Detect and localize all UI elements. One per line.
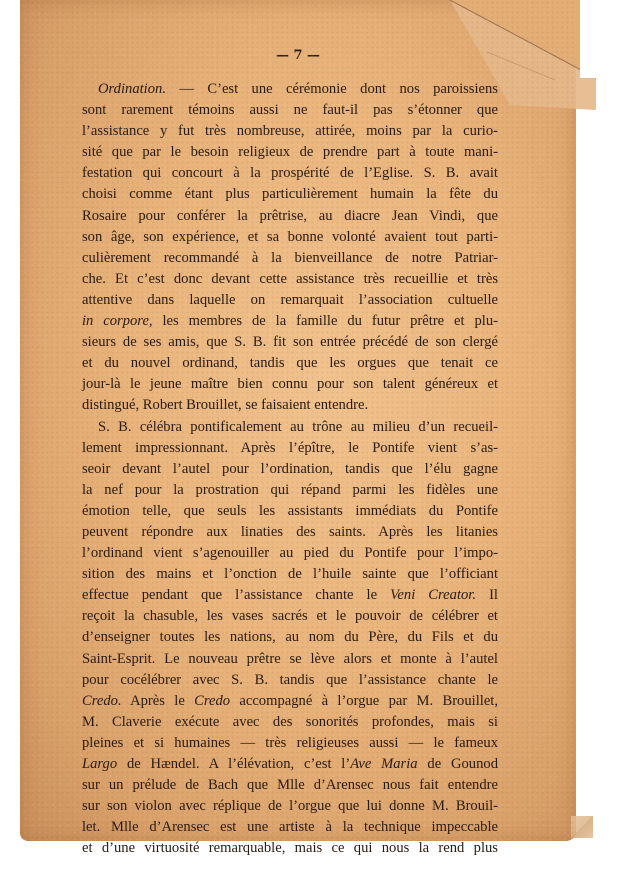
text-line: effectue pendant que l’assistance chante…: [82, 585, 498, 606]
text-segment: Après le: [122, 693, 195, 709]
text-segment: les membres de la famille du futur prêtr…: [153, 313, 498, 329]
text-line: attentive dans laquelle on remarquait l’…: [82, 290, 498, 311]
text-segment: émotion telle, que seuls les assistants …: [82, 503, 498, 519]
text-segment: son âge, son expérience, et sa bonne vol…: [82, 229, 498, 245]
text-segment: peuvent répondre aux linaties des saints…: [82, 524, 498, 540]
text-segment: lement impressionnant. Après l’épître, l…: [82, 440, 498, 456]
text-segment: accompagné à l’orgue par M. Brouillet,: [230, 693, 498, 709]
text-segment: choisi comme étant plus particulièrement…: [82, 186, 498, 202]
text-segment: et d’une virtuosité remarquable, mais ce…: [82, 840, 498, 856]
body-text: Ordination. — C’est une cérémonie dont n…: [82, 79, 498, 859]
text-line: peuvent répondre aux linaties des saints…: [82, 522, 498, 543]
text-line: pour cocélébrer avec S. B. tandis que l’…: [82, 670, 498, 691]
text-line: Ordination. — C’est une cérémonie dont n…: [82, 79, 498, 100]
text-segment: l’ordinand vient s’agenouiller au pied d…: [82, 545, 498, 561]
text-segment: seoir devant l’autel pour l’ordination, …: [82, 461, 498, 477]
text-segment: et du nouvel ordinand, tandis que les or…: [82, 355, 498, 371]
text-line: et du nouvel ordinand, tandis que les or…: [82, 353, 498, 374]
text-line: émotion telle, que seuls les assistants …: [82, 501, 498, 522]
text-segment: che. Et c’est donc devant cette assistan…: [82, 271, 498, 287]
italic-text: Credo: [194, 693, 230, 709]
text-segment: — C’est une cérémonie dont nos paroissie…: [166, 81, 498, 97]
text-line: Largo de Hændel. A l’élévation, c’est l’…: [82, 754, 498, 775]
text-line: sition des mains et l’onction de l’huile…: [82, 564, 498, 585]
text-segment: attentive dans laquelle on remarquait l’…: [82, 292, 498, 308]
text-line: d’enseigner toutes les nations, au nom d…: [82, 627, 498, 648]
text-segment: let. Mlle d’Arensec est une artiste à la…: [82, 819, 498, 835]
text-segment: Il: [476, 587, 498, 603]
text-segment: jour-là le jeune maître bien connu pour …: [82, 376, 498, 392]
text-segment: pleines et si humaines — très religieuse…: [82, 735, 498, 751]
text-line: S. B. célébra pontificalement au trône a…: [82, 417, 498, 438]
text-segment: la nef pour la prostration qui répand pa…: [82, 482, 498, 498]
text-line: la nef pour la prostration qui répand pa…: [82, 480, 498, 501]
text-segment: sont rarement témoins aussi ne faut-il p…: [82, 102, 498, 118]
text-segment: de Hændel. A l’élévation, c’est l’: [117, 756, 350, 772]
paragraph: Ordination. — C’est une cérémonie dont n…: [82, 79, 498, 417]
text-line: sur un prélude de Bach que Mlle d’Arense…: [82, 775, 498, 796]
text-segment: reçoit la chasuble, les vases sacrés et …: [82, 608, 498, 624]
text-segment: sieurs de ses amis, que S. B. fit son en…: [82, 334, 498, 350]
text-line: lement impressionnant. Après l’épître, l…: [82, 438, 498, 459]
page-corner-gap: [580, 0, 596, 78]
text-segment: sur un prélude de Bach que Mlle d’Arense…: [82, 777, 498, 793]
text-line: festation qui concourt à la prospérité d…: [82, 163, 498, 184]
text-line: Credo. Après le Credo accompagné à l’org…: [82, 691, 498, 712]
text-line: et d’une virtuosité remarquable, mais ce…: [82, 838, 498, 859]
text-segment: de Gounod: [418, 756, 498, 772]
text-line: sur son violon avec réplique de l’orgue …: [82, 796, 498, 817]
text-line: reçoit la chasuble, les vases sacrés et …: [82, 606, 498, 627]
text-line: Saint-Esprit. Le nouveau prêtre se lève …: [82, 649, 498, 670]
text-line: M. Claverie exécute avec des sonorités p…: [82, 712, 498, 733]
italic-text: Ave Maria: [350, 756, 417, 772]
text-segment: Saint-Esprit. Le nouveau prêtre se lève …: [82, 651, 498, 667]
text-line: sont rarement témoins aussi ne faut-il p…: [82, 100, 498, 121]
text-line: let. Mlle d’Arensec est une artiste à la…: [82, 817, 498, 838]
text-line: che. Et c’est donc devant cette assistan…: [82, 269, 498, 290]
text-segment: effectue pendant que l’assistance chante…: [82, 587, 390, 603]
text-line: sité que par le besoin religieux de pren…: [82, 142, 498, 163]
text-segment: l’assistance y fut très nombreuse, attir…: [82, 123, 498, 139]
page-number: — 7 —: [20, 48, 576, 63]
text-segment: sité que par le besoin religieux de pren…: [82, 144, 498, 160]
italic-text: Ordination.: [98, 81, 166, 97]
text-line: distingué, Robert Brouillet, se faisaien…: [82, 395, 498, 416]
text-line: Rosaire pour conférer la prêtrise, au di…: [82, 206, 498, 227]
text-segment: distingué, Robert Brouillet, se faisaien…: [82, 397, 368, 413]
text-line: sieurs de ses amis, que S. B. fit son en…: [82, 332, 498, 353]
text-segment: M. Claverie exécute avec des sonorités p…: [82, 714, 498, 730]
text-line: l’ordinand vient s’agenouiller au pied d…: [82, 543, 498, 564]
text-line: jour-là le jeune maître bien connu pour …: [82, 374, 498, 395]
text-segment: sur son violon avec réplique de l’orgue …: [82, 798, 498, 814]
text-line: culièrement recommandé à la bienveillanc…: [82, 248, 498, 269]
text-line: seoir devant l’autel pour l’ordination, …: [82, 459, 498, 480]
text-line: son âge, son expérience, et sa bonne vol…: [82, 227, 498, 248]
text-segment: festation qui concourt à la prospérité d…: [82, 165, 498, 181]
text-segment: Rosaire pour conférer la prêtrise, au di…: [82, 208, 498, 224]
text-segment: sition des mains et l’onction de l’huile…: [82, 566, 498, 582]
italic-text: Credo.: [82, 693, 122, 709]
text-line: l’assistance y fut très nombreuse, attir…: [82, 121, 498, 142]
text-line: in corpore, les membres de la famille du…: [82, 311, 498, 332]
text-segment: S. B. célébra pontificalement au trône a…: [98, 419, 498, 435]
italic-text: Veni Creator.: [390, 587, 476, 603]
text-segment: pour cocélébrer avec S. B. tandis que l’…: [82, 672, 498, 688]
text-line: choisi comme étant plus particulièrement…: [82, 184, 498, 205]
text-segment: culièrement recommandé à la bienveillanc…: [82, 250, 498, 266]
italic-text: Largo: [82, 756, 117, 772]
text-line: pleines et si humaines — très religieuse…: [82, 733, 498, 754]
text-segment: d’enseigner toutes les nations, au nom d…: [82, 629, 498, 645]
paragraph: S. B. célébra pontificalement au trône a…: [82, 417, 498, 860]
tape-patch: [571, 816, 593, 838]
italic-text: in corpore,: [82, 313, 153, 329]
